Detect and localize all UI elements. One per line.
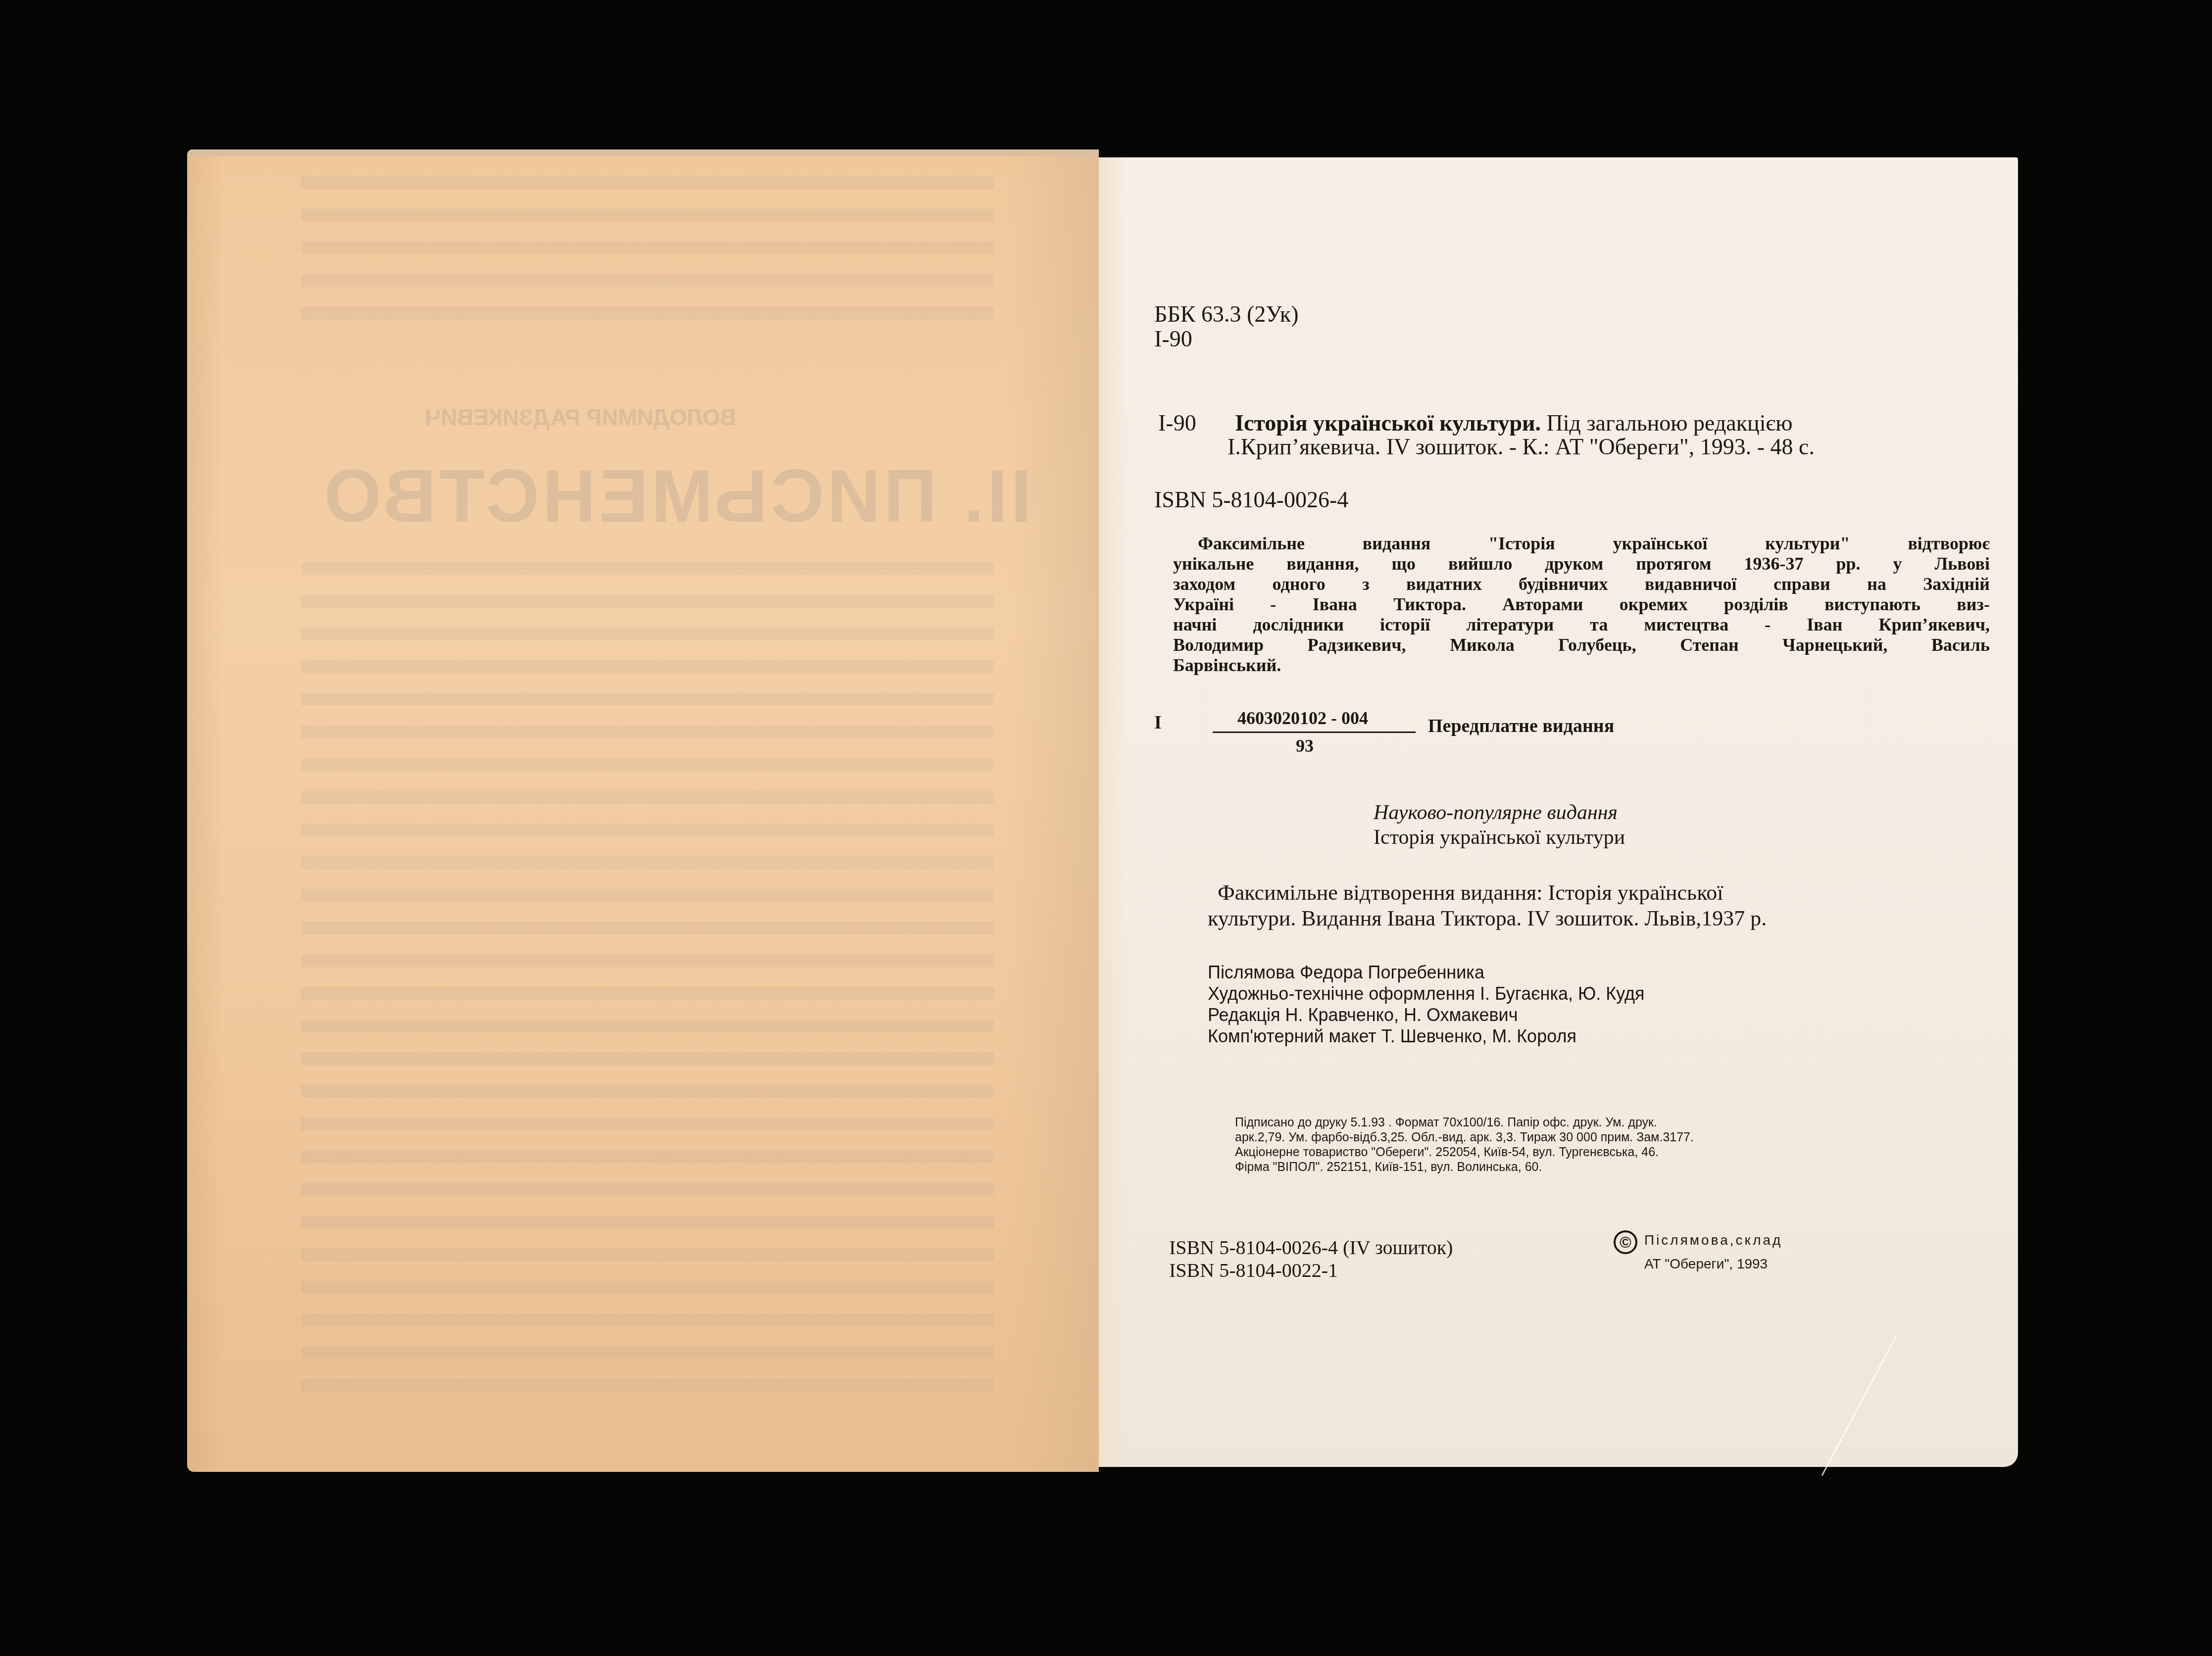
annotation-line: начні дослідники історії літератури та м…	[1173, 615, 1990, 635]
credit-line: Комп'ютерний макет Т. Шевченко, М. Корол…	[1208, 1025, 1645, 1047]
copyright-icon: ©	[1614, 1230, 1637, 1254]
index-prefix: І	[1154, 712, 1162, 733]
page-crease	[1821, 1335, 1897, 1476]
entry-mark: І-90	[1158, 410, 1196, 437]
bbk-code: ББК 63.3 (2Ук)	[1154, 301, 1299, 328]
annotation-line: Володимир Радзикевич, Микола Голубець, С…	[1173, 635, 1990, 655]
index-denominator: 93	[1296, 735, 1314, 756]
annotation-line: унікальне видання, що вийшло друком прот…	[1173, 554, 1990, 574]
bleed-through-heading: II. ПИСЬМЕНСТВО	[321, 453, 1032, 539]
isbn-series: ISBN 5-8104-0022-1	[1169, 1259, 1338, 1282]
imprint-block: Підписано до друку 5.1.93 . Формат 70х10…	[1235, 1115, 1694, 1174]
isbn-volume: ISBN 5-8104-0026-4 (IV зошиток)	[1169, 1236, 1453, 1259]
annotation-paragraph: Факсимільне видання "Історія української…	[1173, 534, 1990, 676]
bleed-through-lines-body	[301, 562, 994, 1412]
entry-line-1: Історія української культури. Під загаль…	[1235, 410, 1793, 437]
right-page: ББК 63.3 (2Ук) І-90 І-90 Історія українс…	[1099, 157, 2018, 1467]
imprint-line: Підписано до друку 5.1.93 . Формат 70х10…	[1235, 1115, 1694, 1130]
isbn-main: ISBN 5-8104-0026-4	[1154, 487, 1348, 513]
entry-title: Історія української культури.	[1235, 410, 1541, 436]
copyright-line-1: Післямова,склад	[1644, 1232, 1782, 1248]
entry-editor: Під загальною редакцією	[1547, 410, 1793, 436]
imprint-line: Фірма "ВІПОЛ". 252151, Київ-151, вул. Во…	[1235, 1160, 1694, 1174]
annotation-line: Факсимільне видання "Історія української…	[1173, 534, 1990, 554]
credit-line: Редакція Н. Кравченко, Н. Охмакевич	[1208, 1004, 1645, 1025]
credit-line: Післямова Федора Погребенника	[1208, 962, 1645, 983]
facsimile-line-1: Факсимільне відтворення видання: Історія…	[1218, 880, 1723, 905]
subscription-label: Передплатне видання	[1428, 715, 1614, 737]
annotation-line: Україні - Івана Тиктора. Авторами окреми…	[1173, 594, 1990, 615]
credit-line: Художньо-технічне оформлення І. Бугаєнка…	[1208, 983, 1645, 1004]
fraction-line	[1213, 731, 1416, 733]
edition-title: Історія української культури	[1374, 826, 1625, 849]
annotation-line: Барвінський.	[1173, 655, 1990, 676]
imprint-line: арк.2,79. Ум. фарбо-відб.3,25. Обл.-вид.…	[1235, 1130, 1694, 1145]
bleed-through-author: ВОЛОДИМИР РАДЗИКЕВИЧ	[425, 404, 736, 431]
facsimile-line-2: культури. Видання Івана Тиктора. IV зоши…	[1208, 906, 1767, 931]
credits-block: Післямова Федора Погребенника Художньо-т…	[1208, 962, 1645, 1047]
left-page: ВОЛОДИМИР РАДЗИКЕВИЧ II. ПИСЬМЕНСТВО	[187, 149, 1099, 1472]
copyright-line-2: АТ "Обереги", 1993	[1644, 1256, 1768, 1272]
bleed-through-lines-top	[301, 176, 994, 340]
annotation-line: заходом одного з видатних будівничих вид…	[1173, 574, 1990, 594]
imprint-line: Акціонерне товариство "Обереги". 252054,…	[1235, 1145, 1694, 1160]
author-mark: І-90	[1154, 326, 1192, 352]
edition-genre: Науково-популярне видання	[1374, 801, 1618, 825]
index-numerator: 4603020102 - 004	[1237, 708, 1368, 729]
entry-line-2: І.Крип’якевича. IV зошиток. - К.: АТ "Об…	[1228, 434, 1815, 460]
